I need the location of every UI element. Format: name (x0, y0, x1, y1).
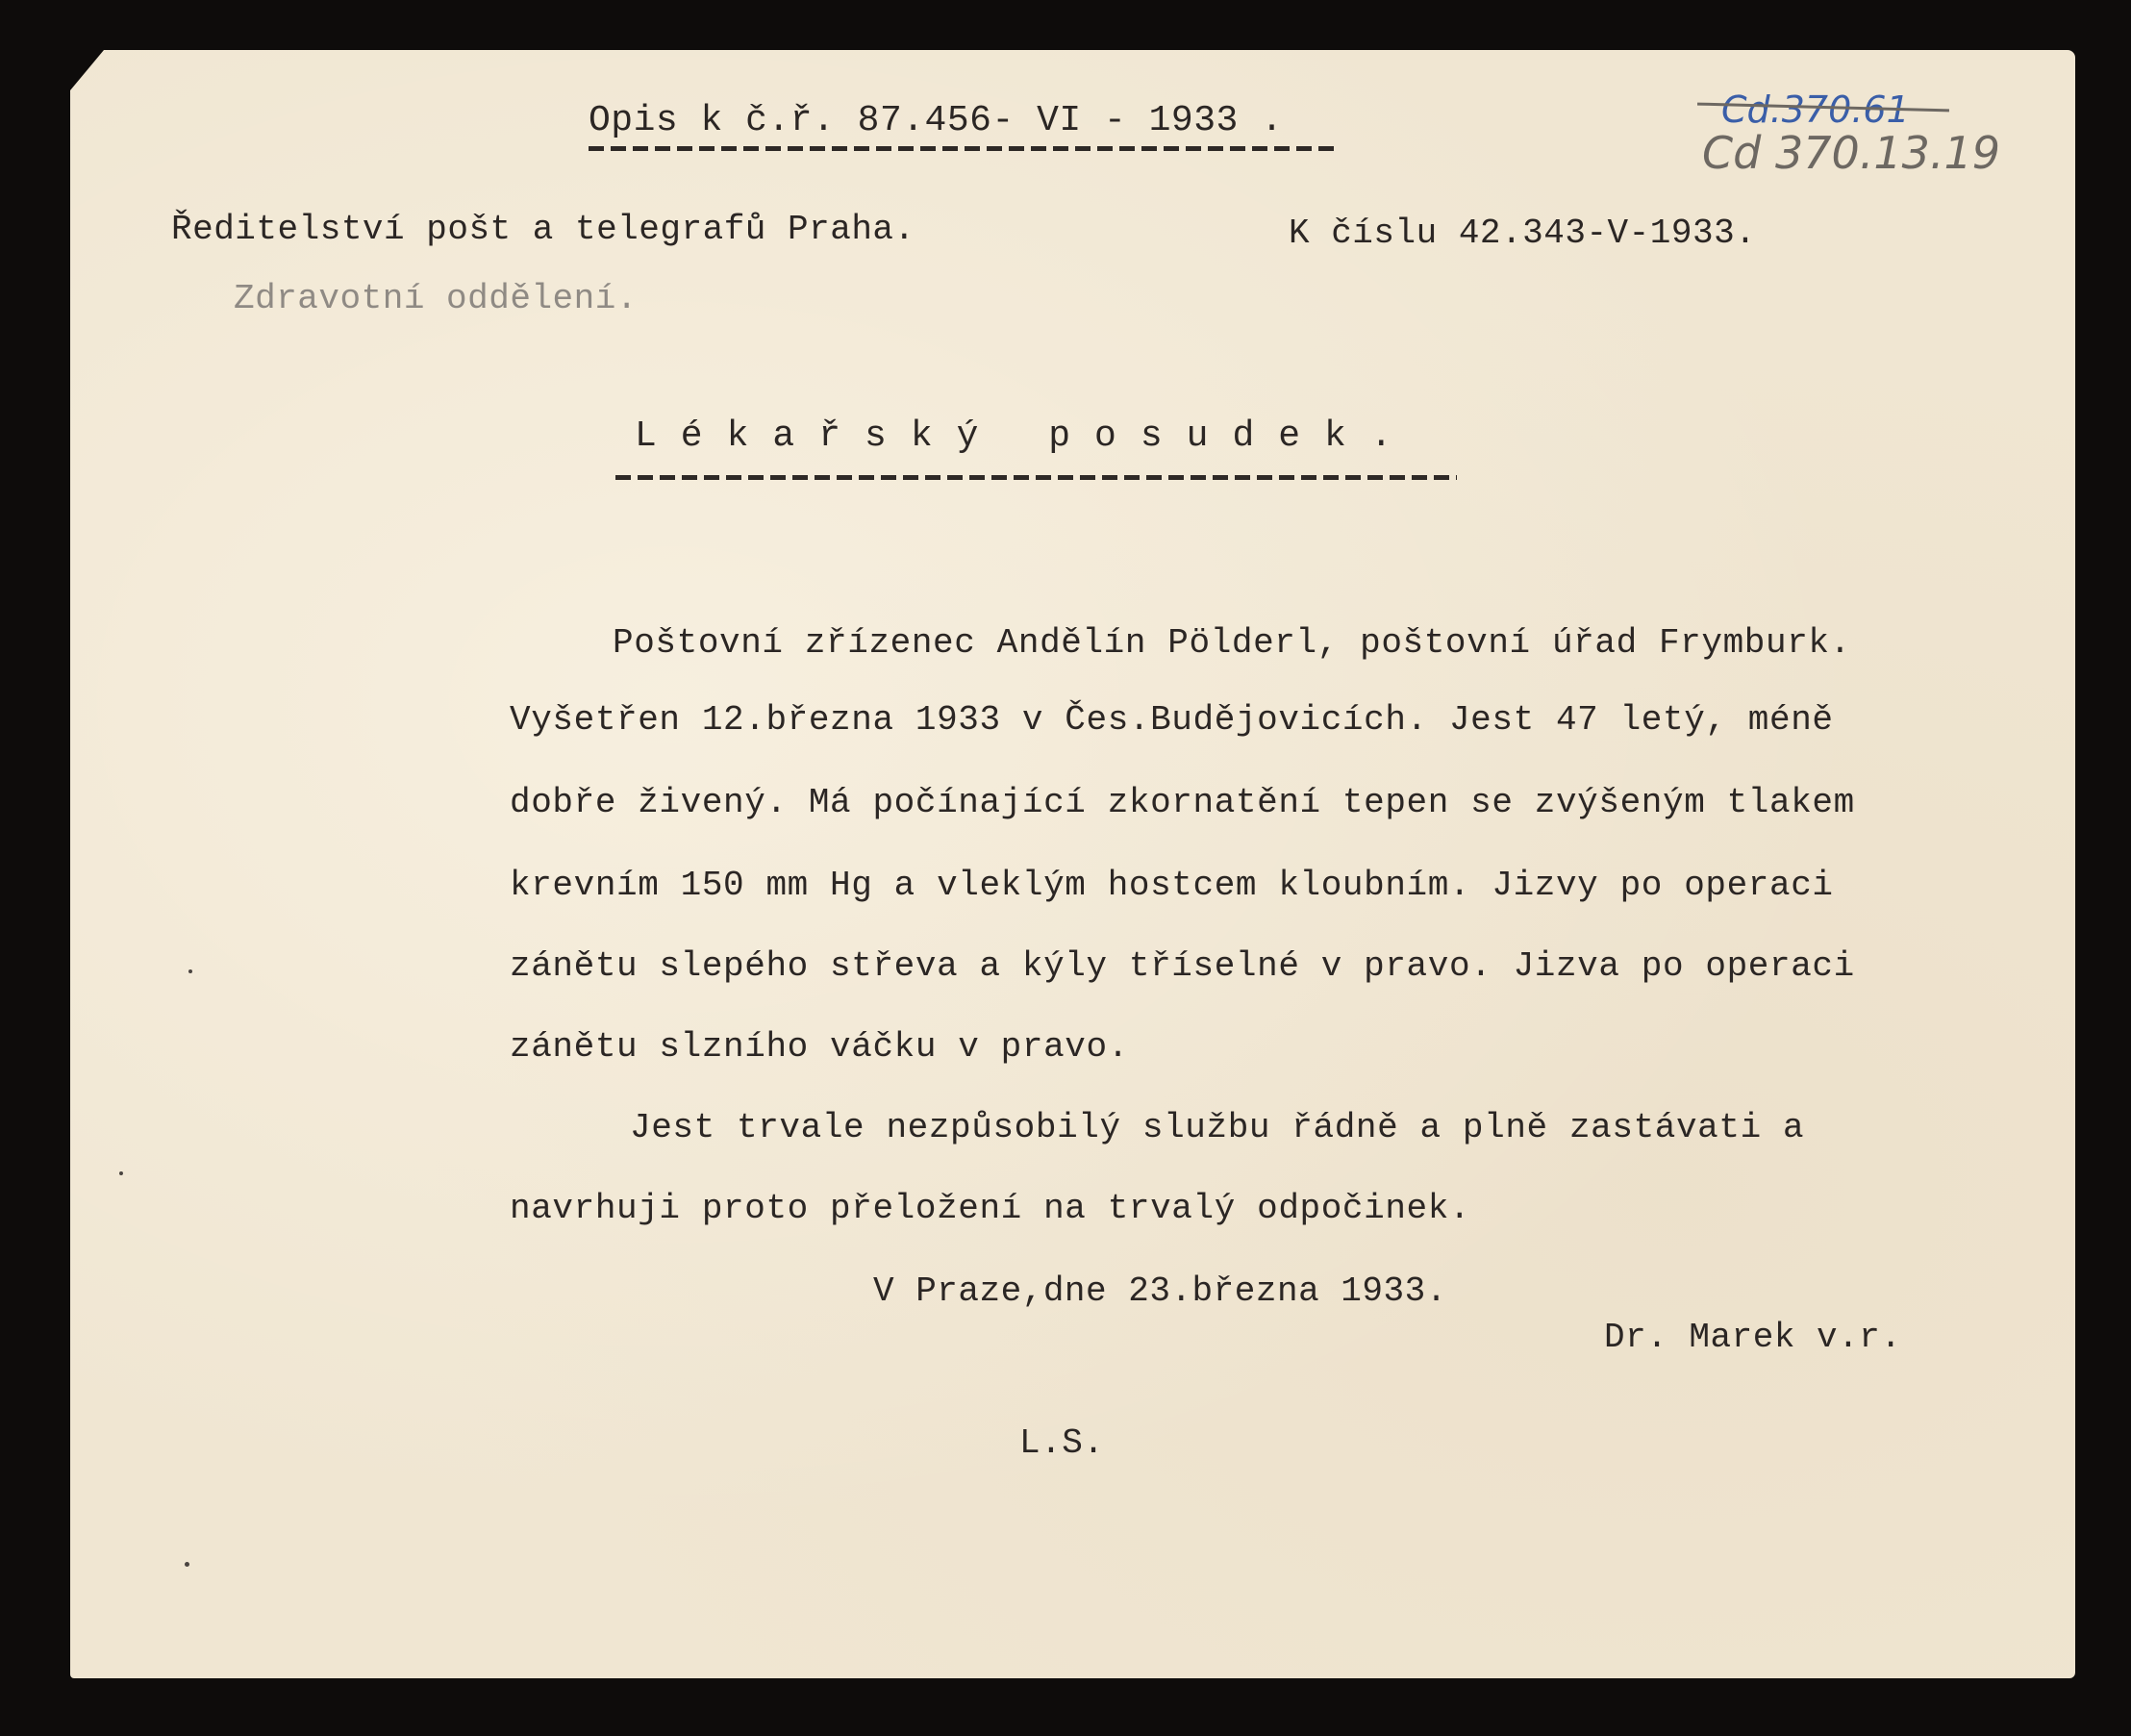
department: Zdravotní oddělení. (234, 279, 638, 318)
conclusion-line-2: navrhuji proto přeložení na trvalý odpoč… (510, 1189, 1470, 1228)
paper-speck (119, 1171, 123, 1175)
archive-mark-current: Cd 370.13.19 (1702, 127, 2000, 179)
body-line-3: dobře živený. Má počínající zkornatění t… (510, 783, 1855, 822)
reference-underline (589, 146, 1334, 151)
reference-line: Opis k č.ř. 87.456- VI - 1933 . (589, 100, 1283, 141)
paper-speck (185, 1562, 189, 1567)
body-line-4: krevním 150 mm Hg a vleklým hostcem klou… (510, 866, 1834, 905)
seal-mark: L.S. (1019, 1423, 1104, 1463)
document-title: Lékařský posudek. (635, 415, 1416, 457)
signature: Dr. Marek v.r. (1604, 1318, 1901, 1357)
conclusion-line-1: Jest trvale nezpůsobilý službu řádně a p… (630, 1108, 1804, 1147)
case-number: K číslu 42.343-V-1933. (1289, 214, 1756, 253)
body-line-6: zánětu slzního váčku v pravo. (510, 1027, 1129, 1067)
title-underline (615, 475, 1457, 480)
body-line-1: Poštovní zřízenec Andělín Pölderl, pošto… (613, 623, 1851, 663)
body-line-2: Vyšetřen 12.března 1933 v Čes.Budějovicí… (510, 700, 1834, 740)
body-line-5: zánětu slepého střeva a kýly tříselné v … (510, 946, 1855, 986)
paper-speck (188, 969, 192, 973)
issuer: Ředitelství pošt a telegrafů Praha. (171, 210, 915, 249)
place-date: V Praze,dne 23.března 1933. (873, 1271, 1447, 1311)
